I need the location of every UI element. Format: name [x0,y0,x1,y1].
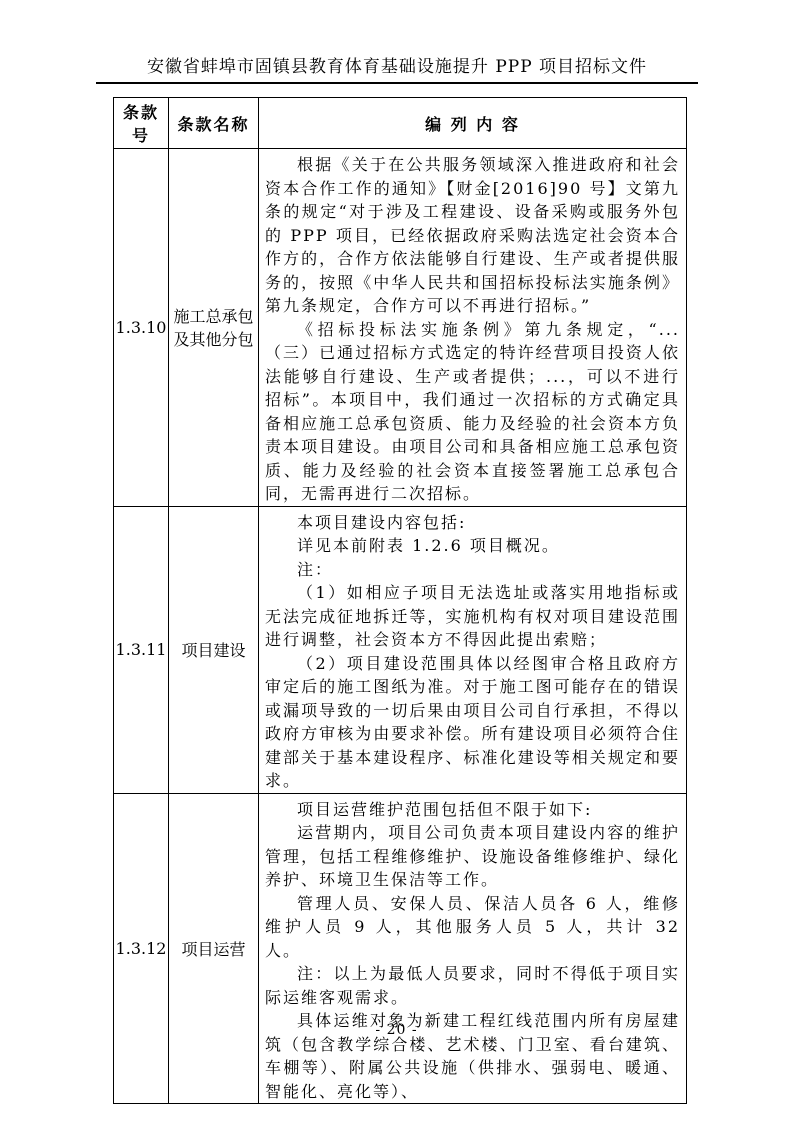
column-header-content: 编 列 内 容 [259,98,687,149]
paragraph: 运营期内，项目公司负责本项目建设内容的维护管理，包括工程维修维护、设施设备维修维… [265,821,680,892]
paragraph: 详见本前附表 1.2.6 项目概况。 [265,534,680,558]
document-title: 安徽省蚌埠市固镇县教育体育基础设施提升 PPP 项目招标文件 [96,52,698,77]
table-header-row: 条款号 条款名称 编 列 内 容 [114,98,687,149]
column-header-clause-number: 条款号 [114,98,169,149]
paragraph: 项目运营维护范围包括但不限于如下: [265,798,680,822]
clause-content: 项目运营维护范围包括但不限于如下: 运营期内，项目公司负责本项目建设内容的维护管… [259,793,687,1104]
table-row: 1.3.11 项目建设 本项目建设内容包括: 详见本前附表 1.2.6 项目概况… [114,506,687,793]
clause-content: 根据《关于在公共服务领域深入推进政府和社会资本合作工作的通知》【财金[2016]… [259,149,687,507]
clause-name: 项目运营 [169,793,259,1104]
paragraph: 本项目建设内容包括: [265,511,680,535]
clause-name: 施工总承包及其他分包 [169,149,259,507]
paragraph: 《招标投标法实施条例》第九条规定，“...（三）已通过招标方式选定的特许经营项目… [265,318,680,506]
paragraph: 注：以上为最低人员要求，同时不得低于项目实际运维客观需求。 [265,962,680,1009]
table-row: 1.3.12 项目运营 项目运营维护范围包括但不限于如下: 运营期内，项目公司负… [114,793,687,1104]
page-number: - 20 - [0,1022,793,1038]
clause-content: 本项目建设内容包括: 详见本前附表 1.2.6 项目概况。 注： （1）如相应子… [259,506,687,793]
paragraph: 管理人员、安保人员、保洁人员各 6 人，维修维护人员 9 人，其他服务人员 5 … [265,892,680,963]
table-row: 1.3.10 施工总承包及其他分包 根据《关于在公共服务领域深入推进政府和社会资… [114,149,687,507]
column-header-clause-name: 条款名称 [169,98,259,149]
clause-number: 1.3.10 [114,149,169,507]
paragraph: （2）项目建设范围具体以经图审合格且政府方审定后的施工图纸为准。对于施工图可能存… [265,652,680,793]
paragraph: （1）如相应子项目无法选址或落实用地指标或无法完成征地拆迁等，实施机构有权对项目… [265,581,680,652]
clause-number: 1.3.11 [114,506,169,793]
document-page: 安徽省蚌埠市固镇县教育体育基础设施提升 PPP 项目招标文件 条款号 条款名称 … [0,0,793,1122]
document-header: 安徽省蚌埠市固镇县教育体育基础设施提升 PPP 项目招标文件 [96,52,698,84]
paragraph: 根据《关于在公共服务领域深入推进政府和社会资本合作工作的通知》【财金[2016]… [265,153,680,318]
clause-table: 条款号 条款名称 编 列 内 容 1.3.10 施工总承包及其他分包 根据《关于… [113,97,687,1104]
clause-number: 1.3.12 [114,793,169,1104]
clause-name: 项目建设 [169,506,259,793]
paragraph: 注： [265,558,680,582]
